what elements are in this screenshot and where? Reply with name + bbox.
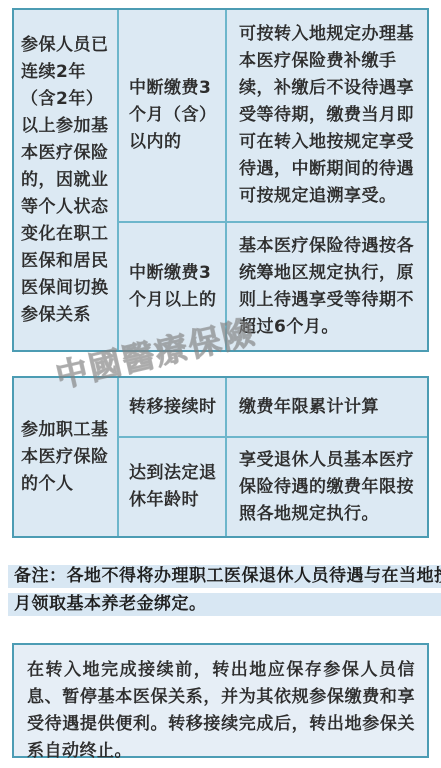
policy-table-interruption: 参保人员已连续2年（含2年）以上参加基本医疗保险的，因就业等个人状态变化在职工医… <box>12 8 429 352</box>
table1-subject-text: 参保人员已连续2年（含2年）以上参加基本医疗保险的，因就业等个人状态变化在职工医… <box>21 32 110 329</box>
table1-row2-policy-text: 基本医疗保险待遇按各统筹地区规定执行，原则上待遇享受等待期不超过6个月。 <box>239 233 419 341</box>
table1-subject-cell: 参保人员已连续2年（含2年）以上参加基本医疗保险的，因就业等个人状态变化在职工医… <box>14 10 117 350</box>
footer-note-text: 在转入地完成接续前，转出地应保存参保人员信息、暂停基本医保关系，并为其依规参保缴… <box>27 660 415 761</box>
table1-row1-condition-text: 中断缴费3个月（含）以内的 <box>129 75 221 156</box>
table1-row2-condition-text: 中断缴费3个月以上的 <box>129 260 221 314</box>
footer-note-box: 在转入地完成接续前，转出地应保存参保人员信息、暂停基本医保关系，并为其依规参保缴… <box>12 643 429 758</box>
table2-subject-text: 参加职工基本医疗保险的个人 <box>21 417 110 498</box>
table1-row2-policy-cell: 基本医疗保险待遇按各统筹地区规定执行，原则上待遇享受等待期不超过6个月。 <box>227 223 427 350</box>
table2-subject-cell: 参加职工基本医疗保险的个人 <box>14 378 117 536</box>
remark-note: 备注：各地不得将办理职工医保退休人员待遇与在当地按 月领取基本养老金绑定。 <box>8 565 441 621</box>
infographic-page: 参保人员已连续2年（含2年）以上参加基本医疗保险的，因就业等个人状态变化在职工医… <box>0 0 441 768</box>
table2-row2-condition-text: 达到法定退休年龄时 <box>129 460 221 514</box>
table2-row1-policy-cell: 缴费年限累计计算 <box>227 378 427 436</box>
table1-row1-policy-cell: 可按转入地规定办理基本医疗保险费补缴手续，补缴后不设待遇享受等待期，缴费当月即可… <box>227 10 427 221</box>
policy-table-retirement: 参加职工基本医疗保险的个人 转移接续时 缴费年限累计计算 达到法定退休年龄时 享… <box>12 376 429 538</box>
table1-row2-condition-cell: 中断缴费3个月以上的 <box>119 223 225 350</box>
table1-row1-condition-cell: 中断缴费3个月（含）以内的 <box>119 10 225 221</box>
remark-line-1: 备注：各地不得将办理职工医保退休人员待遇与在当地按 <box>8 565 441 588</box>
table2-row2-policy-text: 享受退休人员基本医疗保险待遇的缴费年限按照各地规定执行。 <box>239 447 419 528</box>
remark-line-2: 月领取基本养老金绑定。 <box>8 593 441 616</box>
table2-row1-policy-text: 缴费年限累计计算 <box>239 394 379 421</box>
table2-row2-condition-cell: 达到法定退休年龄时 <box>119 438 225 536</box>
table2-row1-condition-text: 转移接续时 <box>129 394 217 421</box>
table2-row2-policy-cell: 享受退休人员基本医疗保险待遇的缴费年限按照各地规定执行。 <box>227 438 427 536</box>
table1-row1-policy-text: 可按转入地规定办理基本医疗保险费补缴手续，补缴后不设待遇享受等待期，缴费当月即可… <box>239 21 419 210</box>
table2-row1-condition-cell: 转移接续时 <box>119 378 225 436</box>
